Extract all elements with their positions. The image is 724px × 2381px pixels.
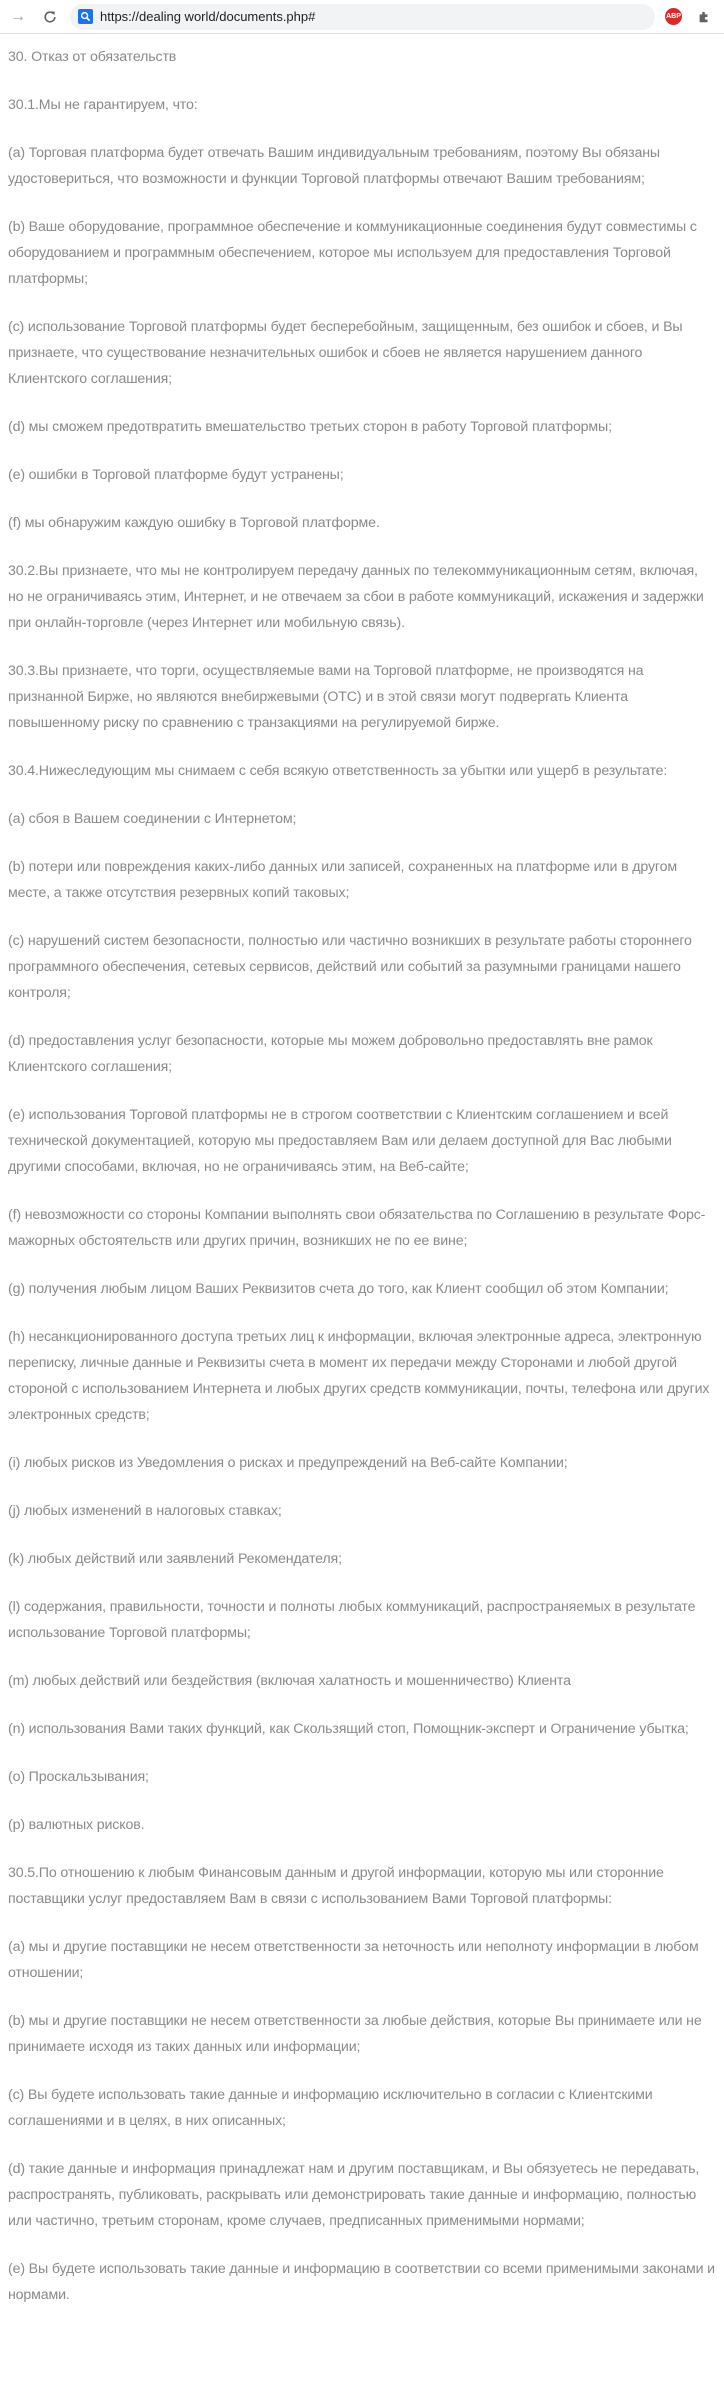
document-paragraph: (c) Вы будете использовать такие данные …	[8, 2082, 716, 2134]
document-paragraph: (h) несанкционированного доступа третьих…	[8, 1324, 716, 1428]
reload-button[interactable]	[38, 5, 62, 29]
document-paragraph: (e) Вы будете использовать такие данные …	[8, 2256, 716, 2308]
document-paragraph: 30.2.Вы признаете, что мы не контролируе…	[8, 558, 716, 636]
document-paragraph: 30.1.Мы не гарантируем, что:	[8, 92, 716, 118]
document-paragraph: (j) любых изменений в налоговых ставках;	[8, 1498, 716, 1524]
document-paragraph: (b) потери или повреждения каких-либо да…	[8, 854, 716, 906]
document-paragraph: 30.4.Нижеследующим мы снимаем с себя вся…	[8, 758, 716, 784]
extensions-button[interactable]	[696, 9, 712, 25]
document-paragraph: 30.3.Вы признаете, что торги, осуществля…	[8, 658, 716, 736]
address-bar[interactable]: https://dealing world/documents.php#	[70, 4, 655, 30]
document-paragraph: (b) Ваше оборудование, программное обесп…	[8, 214, 716, 292]
document-paragraph: (a) сбоя в Вашем соединении с Интернетом…	[8, 806, 716, 832]
document-paragraph: (f) мы обнаружим каждую ошибку в Торгово…	[8, 510, 716, 536]
document-paragraph: (a) Торговая платформа будет отвечать Ва…	[8, 140, 716, 192]
document-paragraph: (n) использования Вами таких функций, ка…	[8, 1716, 716, 1742]
adblock-icon[interactable]: ABP	[665, 8, 682, 25]
document-paragraph: (i) любых рисков из Уведомления о рисках…	[8, 1450, 716, 1476]
url-text[interactable]: https://dealing world/documents.php#	[100, 9, 315, 24]
document-paragraph: (o) Проскальзывания;	[8, 1764, 716, 1790]
document-paragraph: (d) такие данные и информация принадлежа…	[8, 2156, 716, 2234]
document-paragraph: (k) любых действий или заявлений Рекомен…	[8, 1546, 716, 1572]
section-title: 30. Отказ от обязательств	[8, 44, 716, 70]
document-paragraph: (a) мы и другие поставщики не несем отве…	[8, 1934, 716, 1986]
document-paragraph: (m) любых действий или бездействия (вклю…	[8, 1668, 716, 1694]
document-paragraph: (c) использование Торговой платформы буд…	[8, 314, 716, 392]
document-paragraph: (g) получения любым лицом Ваших Реквизит…	[8, 1276, 716, 1302]
document-paragraph: (d) предоставления услуг безопасности, к…	[8, 1028, 716, 1080]
document-paragraph: 30.5.По отношению к любым Финансовым дан…	[8, 1860, 716, 1912]
document-paragraph: (e) использования Торговой платформы не …	[8, 1102, 716, 1180]
arrow-right-icon: →	[10, 8, 26, 26]
document-paragraph: (b) мы и другие поставщики не несем отве…	[8, 2008, 716, 2060]
search-icon	[78, 9, 93, 24]
document-paragraph: (l) содержания, правильности, точности и…	[8, 1594, 716, 1646]
puzzle-icon	[697, 10, 711, 24]
adblock-label: ABP	[666, 13, 681, 20]
document-paragraph: (c) нарушений систем безопасности, полно…	[8, 928, 716, 1006]
document-paragraph: (e) ошибки в Торговой платформе будут ус…	[8, 462, 716, 488]
browser-toolbar: → https://dealing world/documents.php# A…	[0, 0, 724, 34]
document-paragraph: (d) мы сможем предотвратить вмешательств…	[8, 414, 716, 440]
forward-button[interactable]: →	[6, 5, 30, 29]
document-paragraph: (f) невозможности со стороны Компании вы…	[8, 1202, 716, 1254]
reload-icon	[43, 10, 57, 24]
document-body: 30. Отказ от обязательств30.1.Мы не гара…	[0, 34, 724, 2308]
document-paragraph: (p) валютных рисков.	[8, 1812, 716, 1838]
